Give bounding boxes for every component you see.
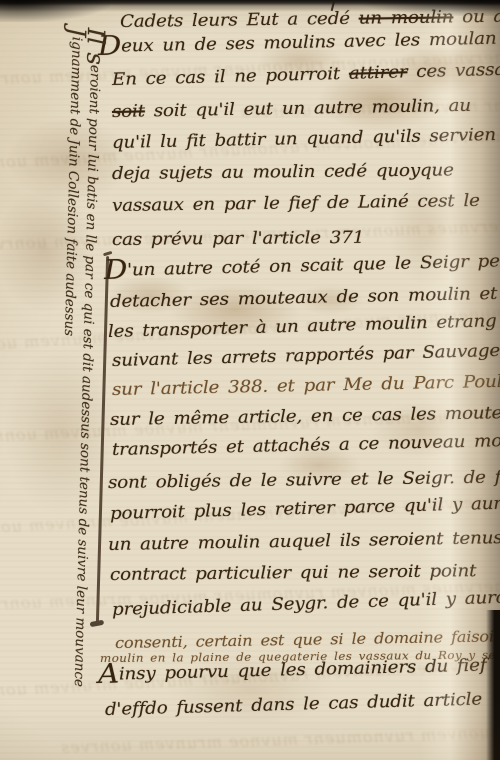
line-text: qu'il lu fit battir un quand qu'ils serv…	[112, 125, 496, 153]
line-text: detacher ses mouteaux de son moulin et	[110, 284, 498, 312]
line-text: eux un de ses moulins avec les moulan	[121, 29, 497, 57]
manuscript-line: contract particulier qui ne seroit point	[110, 561, 476, 585]
manuscript-line: moulin en la plaine de quegaterie les va…	[100, 648, 500, 665]
manuscript-line: detacher ses mouteaux de son moulin et	[110, 284, 498, 312]
manuscript-line: qu'il lu fit battir un quand qu'ils serv…	[112, 125, 496, 153]
line-text: un autre moulin auquel ils seroient tenu…	[108, 527, 500, 555]
line-text: insy pourvu que les domainiers du fief	[119, 656, 487, 685]
manuscript-line: soit soit qu'il eut un autre moulin, au	[112, 96, 471, 122]
manuscript-line: En ce cas il ne pourroit attirer ces vas…	[112, 59, 500, 90]
manuscript-line: deja sujets au moulin cedé quoyque	[112, 160, 454, 184]
margin-note-initial: J	[63, 27, 91, 37]
manuscript-line: sur l'article 388. et par Me du Parc Pou…	[112, 371, 500, 400]
struck-text: attirer	[349, 62, 408, 84]
top-left-corner-shadow	[0, 0, 110, 22]
manuscript-line: transportés et attachés a ce nouveau mou…	[112, 430, 500, 460]
manuscript-line: cas prévu par l'article 371	[112, 228, 364, 250]
line-text: pourroit plus les retirer parce qu'il y …	[110, 493, 500, 524]
manuscript-line: consenti, certain est que si le domaine …	[115, 626, 500, 652]
line-text: d'effdo fussent dans le cas dudit articl…	[105, 689, 483, 720]
struck-text: soit	[112, 101, 145, 122]
line-text: Cadets leurs Eut a cedé	[120, 9, 359, 32]
manuscript-line: sont obligés de le suivre et le Seigr. d…	[108, 467, 500, 493]
line-text: consenti, certain est que si le domaine …	[115, 626, 500, 652]
manuscript-line: pourroit plus les retirer parce qu'il y …	[110, 493, 500, 524]
line-text: suivant les arrets rapportés par Sauvage…	[112, 340, 500, 371]
manuscript-line: d'effdo fussent dans le cas dudit articl…	[105, 689, 483, 720]
line-text: deja sujets au moulin cedé quoyque	[112, 160, 454, 184]
manuscript-line: suivant les arrets rapportés par Sauvage…	[112, 340, 500, 371]
line-text: prejudiciable au Seygr. de ce qu'il y au…	[112, 587, 500, 620]
line-text: soit qu'il eut un autre moulin, au	[145, 96, 471, 122]
line-text: En ce cas il ne pourroit	[112, 64, 349, 90]
line-text: sur l'article 388. et par Me du Parc Pou…	[112, 371, 500, 400]
manuscript-line: Deux un de ses moulins avec les moulan	[98, 28, 497, 58]
top-right-corner-shadow	[360, 0, 500, 16]
manuscript-line: un autre moulin auquel ils seroient tenu…	[108, 527, 500, 555]
bleedthrough-line: nmunervnues muonvem ruvnomuenr muvnoe mr…	[60, 718, 500, 757]
manuscript-line: les transporter à un autre moulin etrang	[108, 311, 497, 342]
line-text: sur le même article, en ce cas les moute…	[110, 403, 500, 430]
line-text: les transporter à un autre moulin etrang	[108, 311, 497, 342]
line-text: 'un autre coté on scait que le Seigr peu	[127, 251, 500, 280]
bleedthrough-line: nmunervnues muonvem ruvnomuenr muvnoe mr…	[240, 87, 500, 121]
right-edge-shadow	[486, 610, 500, 760]
line-text: ces vassaux	[407, 59, 500, 82]
manuscript-line: D'un autre coté on scait que le Seigr pe…	[104, 250, 500, 282]
line-text: cas prévu par l'article 371	[112, 228, 364, 250]
manuscript-line: Ainsy pourvu que les domainiers du fief	[98, 655, 487, 686]
large-initial: A	[98, 658, 120, 690]
margin-brace-line	[96, 256, 109, 624]
manuscript-line: prejudiciable au Seygr. de ce qu'il y au…	[112, 587, 500, 620]
line-text: contract particulier qui ne seroit point	[110, 561, 476, 585]
line-text: moulin en la plaine de quegaterie les va…	[100, 648, 500, 665]
manuscript-line: sur le même article, en ce cas les moute…	[110, 403, 500, 430]
line-text: transportés et attachés a ce nouveau mou…	[112, 430, 500, 460]
manuscript-line: vassaux en par le fief de Lainé cest le	[112, 191, 480, 216]
manuscript-page: nmunervnues muonvem ruvnomuenr muvnoe mr…	[0, 0, 500, 760]
line-text: vassaux en par le fief de Lainé cest le	[112, 191, 480, 216]
line-text: sont obligés de le suivre et le Seigr. d…	[108, 467, 500, 493]
